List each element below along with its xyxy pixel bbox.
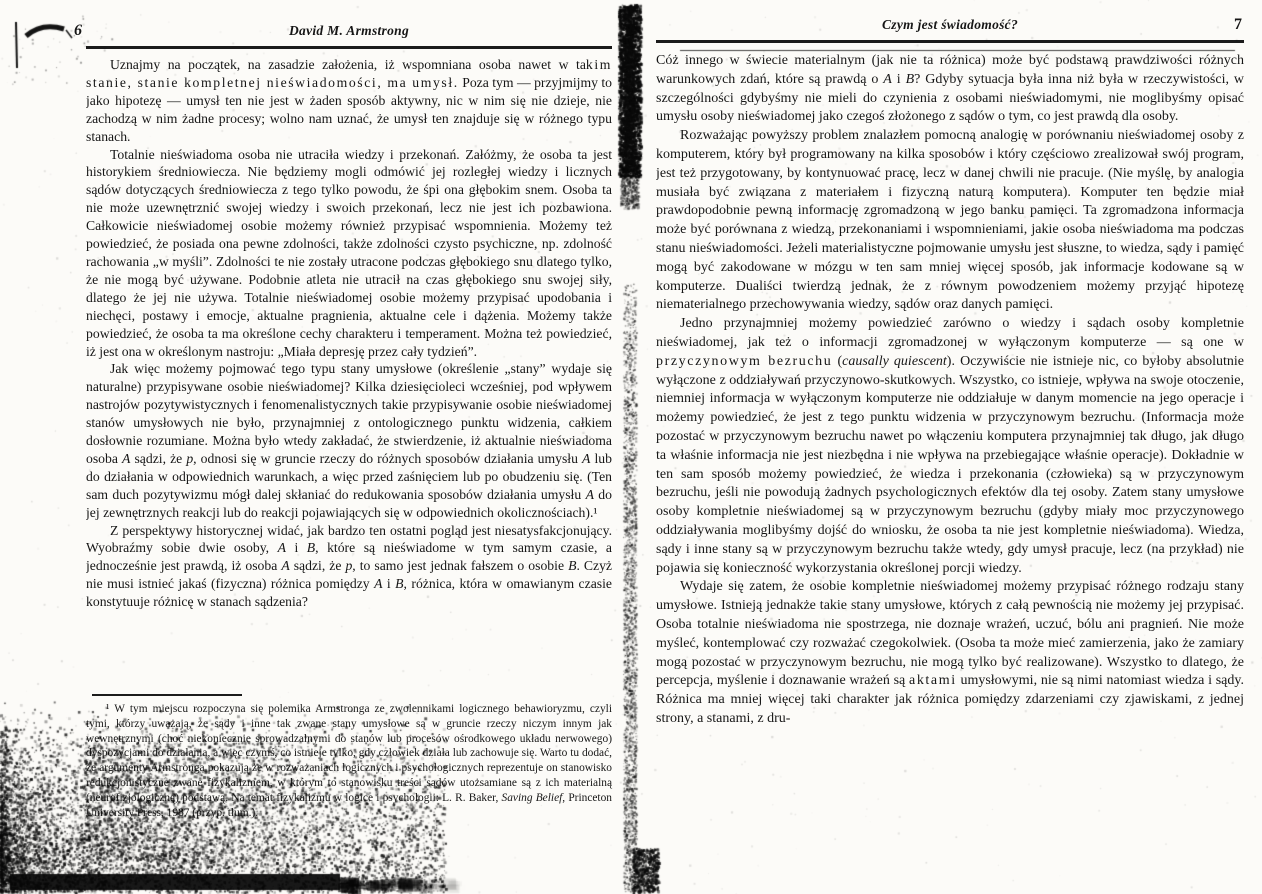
paragraph: Z perspektywy historycznej widać, jak ba…	[86, 522, 612, 612]
paragraph: Uznajmy na początek, na zasadzie założen…	[86, 56, 612, 146]
footnote-rule	[92, 694, 242, 696]
body-text-left: Uznajmy na początek, na zasadzie założen…	[86, 56, 612, 688]
running-head-right: Czym jest świadomość?	[656, 17, 1244, 33]
page-right-header: Czym jest świadomość? 7	[656, 16, 1244, 43]
paragraph: Jedno przynajmniej możemy powiedzieć zar…	[656, 315, 1244, 578]
paragraph: Wydaje się zatem, że osobie kompletnie n…	[656, 578, 1244, 728]
paragraph: Totalnie nieświadoma osoba nie utraciła …	[86, 146, 612, 361]
page-left-header: 6 David M. Armstrong	[86, 22, 612, 49]
page-right: Czym jest świadomość? 7 Cóż innego w świ…	[656, 16, 1244, 894]
page-number-left: 6	[74, 22, 82, 40]
page-left: 6 David M. Armstrong Uznajmy na początek…	[86, 22, 612, 688]
body-text-right: Cóż innego w świecie materialnym (jak ni…	[656, 52, 1244, 894]
paragraph: ¹ W tym miejscu rozpoczyna się polemika …	[86, 702, 612, 820]
paragraph: Jak więc możemy pojmować tego typu stany…	[86, 360, 612, 521]
footnote-text: ¹ W tym miejscu rozpoczyna się polemika …	[86, 702, 612, 820]
paragraph: Rozważając powyższy problem znalazłem po…	[656, 127, 1244, 315]
scanned-book-spread: { "left": { "page_number": "6", "running…	[0, 0, 1262, 894]
running-head-left: David M. Armstrong	[86, 23, 612, 39]
footnote-block: ¹ W tym miejscu rozpoczyna się polemika …	[86, 694, 612, 820]
page-number-right: 7	[1234, 16, 1242, 34]
paragraph: Cóż innego w świecie materialnym (jak ni…	[656, 52, 1244, 127]
